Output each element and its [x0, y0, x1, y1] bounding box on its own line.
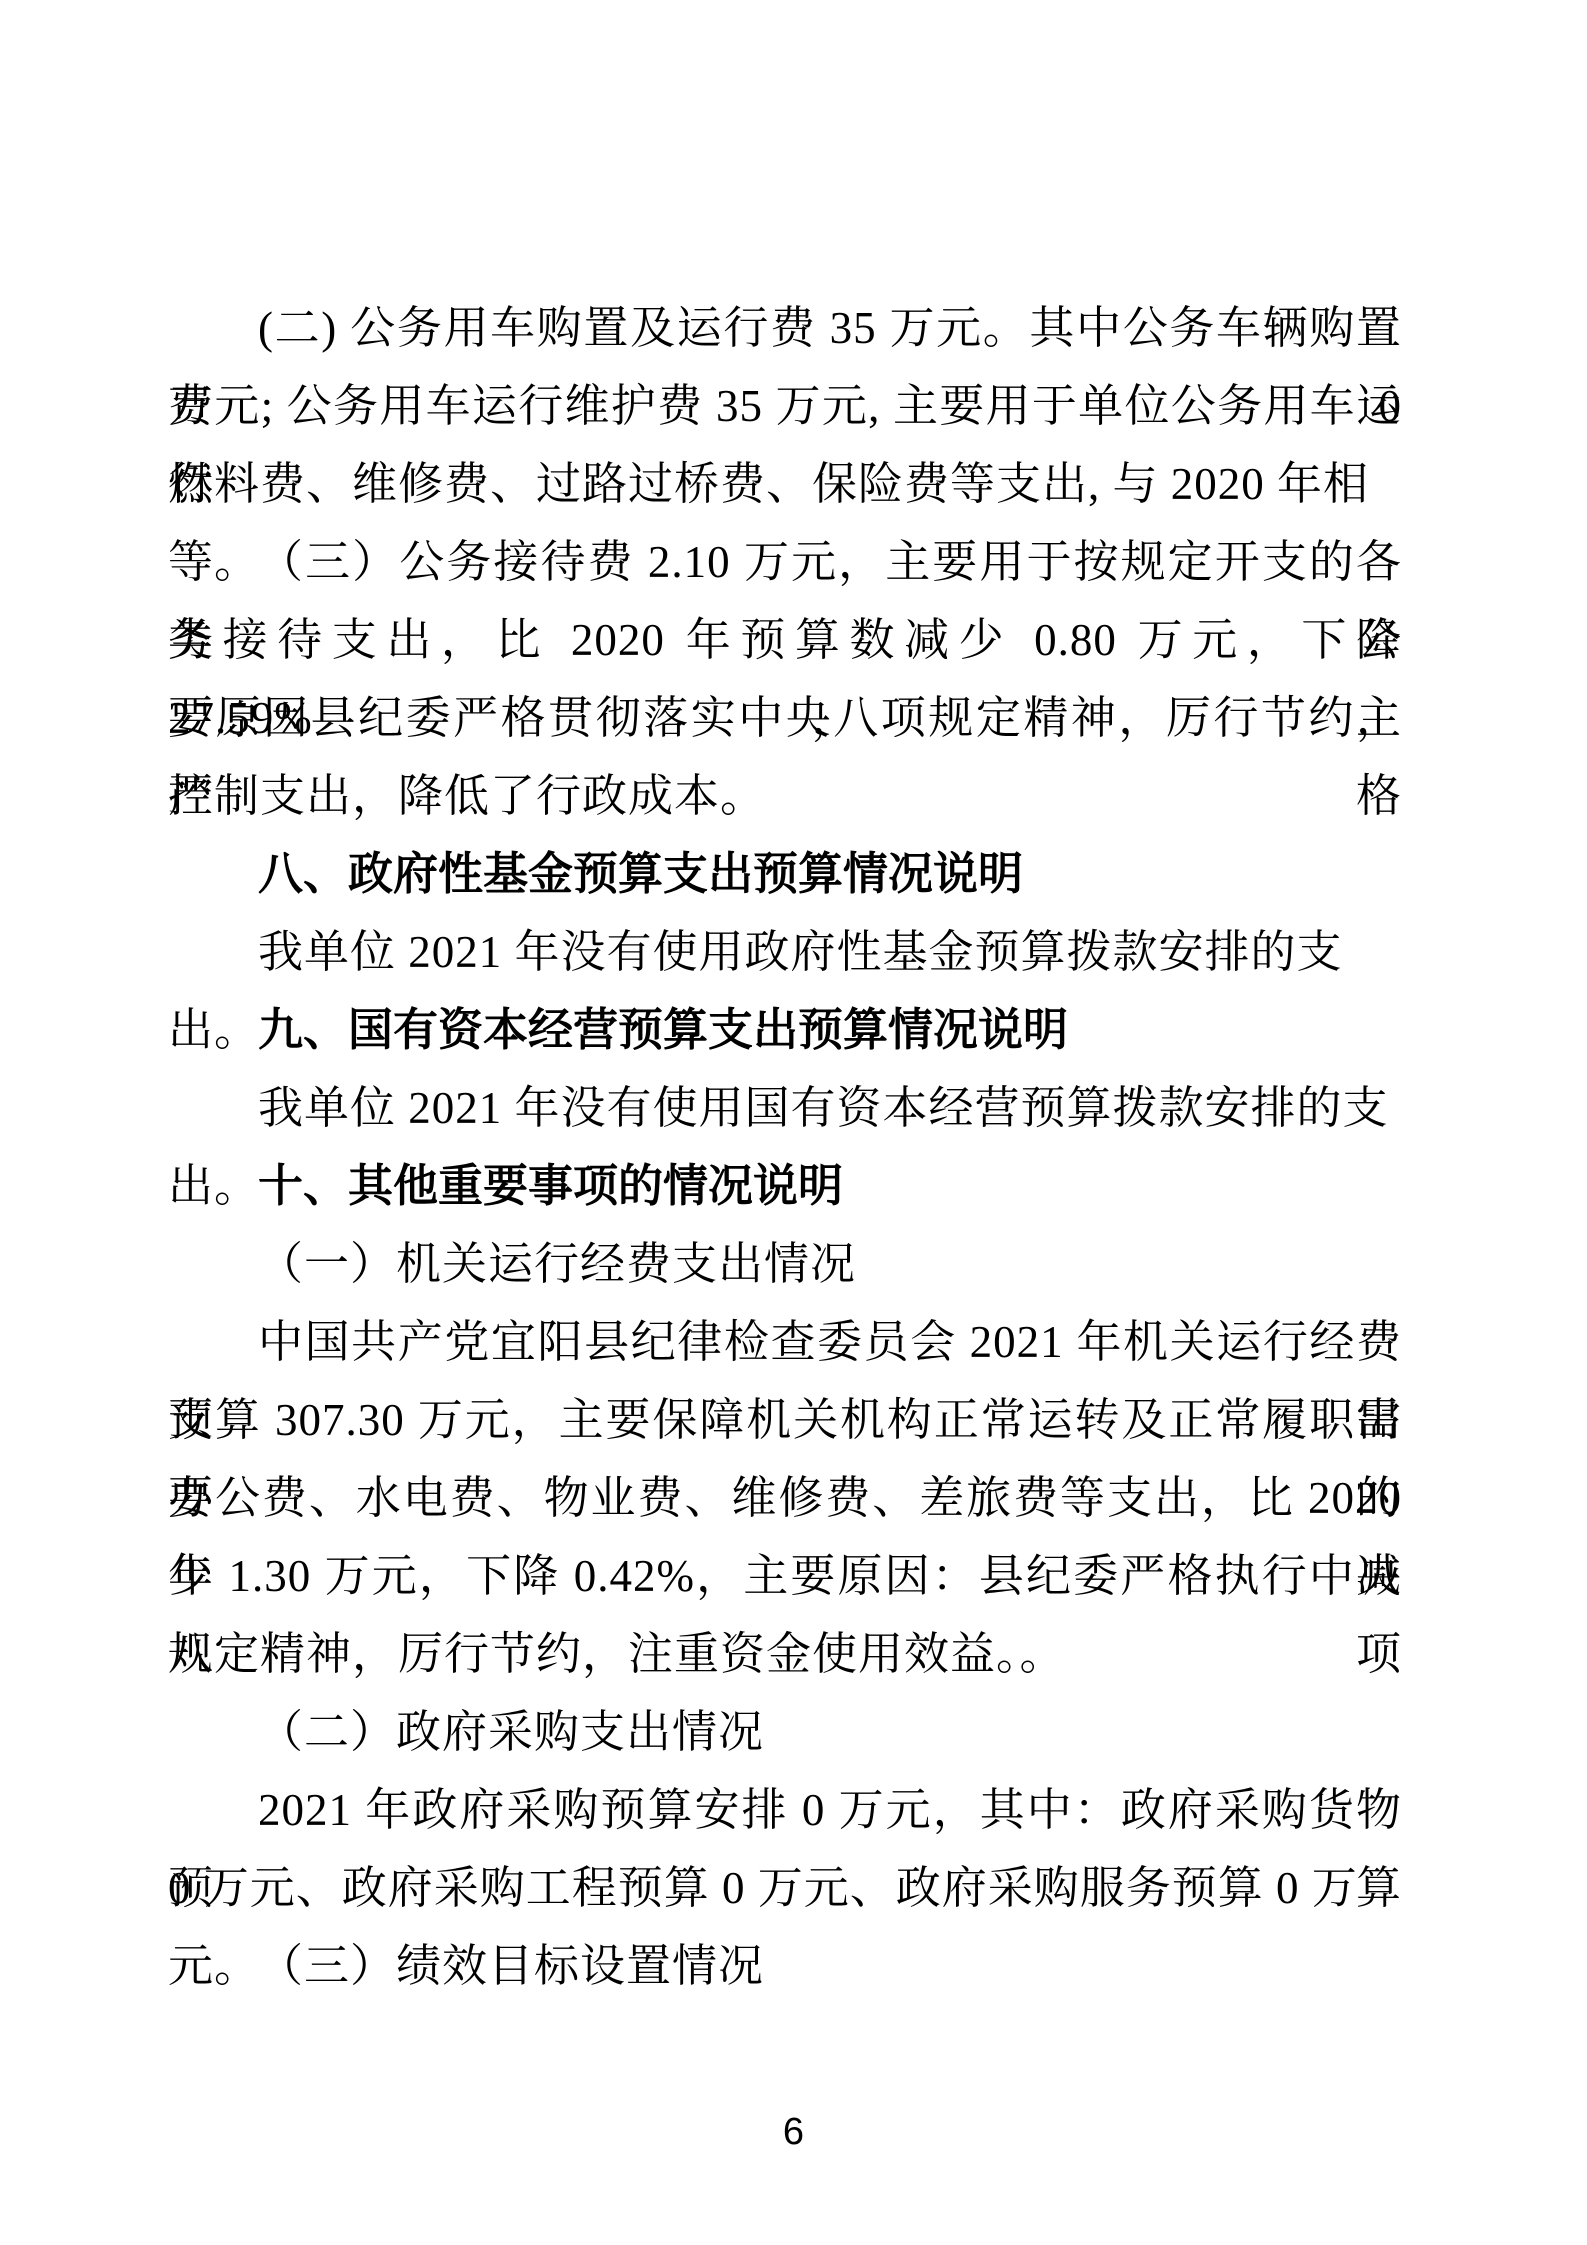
- text-line: 2021 年政府采购预算安排 0 万元，其中：政府采购货物预算: [168, 1771, 1402, 1849]
- page-number: 6: [783, 2111, 804, 2153]
- sub-heading: （二）政府采购支出情况: [168, 1693, 1402, 1771]
- text-line: 0 万元、政府采购工程预算 0 万元、政府采购服务预算 0 万元。: [168, 1849, 1402, 1927]
- text-line: （三）公务接待费 2.10 万元，主要用于按规定开支的各类公: [168, 523, 1402, 601]
- text-line: （一）机关运行经费支出情况: [168, 1225, 1402, 1303]
- document-page: (二) 公务用车购置及运行费 35 万元。其中公务车辆购置费 0万元; 公务用车…: [0, 0, 1587, 2245]
- paragraph: (二) 公务用车购置及运行费 35 万元。其中公务车辆购置费 0万元; 公务用车…: [168, 289, 1402, 523]
- paragraph: 2021 年政府采购预算安排 0 万元，其中：政府采购货物预算0 万元、政府采购…: [168, 1771, 1402, 1927]
- text-line: 预算 307.30 万元，主要保障机关机构正常运转及正常履职需要的: [168, 1381, 1402, 1459]
- text-line: 十、其他重要事项的情况说明: [168, 1147, 1402, 1225]
- sub-heading: （三）绩效目标设置情况: [168, 1927, 1402, 2005]
- paragraph: （三）公务接待费 2.10 万元，主要用于按规定开支的各类公务接待支出，比 20…: [168, 523, 1402, 835]
- paragraph: 中国共产党宜阳县纪律检查委员会 2021 年机关运行经费支出预算 307.30 …: [168, 1303, 1402, 1693]
- text-content: (二) 公务用车购置及运行费 35 万元。其中公务车辆购置费 0万元; 公务用车…: [168, 289, 1402, 2005]
- paragraph: 我单位 2021 年没有使用政府性基金预算拨款安排的支出。: [168, 913, 1402, 991]
- text-line: 办公费、水电费、物业费、维修费、差旅费等支出，比 2020 年减: [168, 1459, 1402, 1537]
- text-line: 务接待支出，比 2020 年预算数减少 0.80 万元，下降 27.59%，主: [168, 601, 1402, 679]
- text-line: 燃料费、维修费、过路过桥费、保险费等支出, 与 2020 年相等。: [168, 445, 1402, 523]
- text-line: 要原因县纪委严格贯彻落实中央八项规定精神，厉行节约，严格: [168, 679, 1402, 757]
- text-line: 九、国有资本经营预算支出预算情况说明: [168, 991, 1402, 1069]
- sub-heading: （一）机关运行经费支出情况: [168, 1225, 1402, 1303]
- text-line: 我单位 2021 年没有使用国有资本经营预算拨款安排的支出。: [168, 1069, 1402, 1147]
- paragraph: 我单位 2021 年没有使用国有资本经营预算拨款安排的支出。: [168, 1069, 1402, 1147]
- text-line: 少 1.30 万元，下降 0.42%，主要原因：县纪委严格执行中央八项: [168, 1537, 1402, 1615]
- text-line: 中国共产党宜阳县纪律检查委员会 2021 年机关运行经费支出: [168, 1303, 1402, 1381]
- text-line: （二）政府采购支出情况: [168, 1693, 1402, 1771]
- section-heading: 十、其他重要事项的情况说明: [168, 1147, 1402, 1225]
- text-line: （三）绩效目标设置情况: [168, 1927, 1402, 2005]
- page-number-footer: 6: [0, 2108, 1587, 2156]
- text-line: 八、政府性基金预算支出预算情况说明: [168, 835, 1402, 913]
- section-heading: 八、政府性基金预算支出预算情况说明: [168, 835, 1402, 913]
- text-line: 万元; 公务用车运行维护费 35 万元, 主要用于单位公务用车运行: [168, 367, 1402, 445]
- text-line: 我单位 2021 年没有使用政府性基金预算拨款安排的支出。: [168, 913, 1402, 991]
- text-line: (二) 公务用车购置及运行费 35 万元。其中公务车辆购置费 0: [168, 289, 1402, 367]
- section-heading: 九、国有资本经营预算支出预算情况说明: [168, 991, 1402, 1069]
